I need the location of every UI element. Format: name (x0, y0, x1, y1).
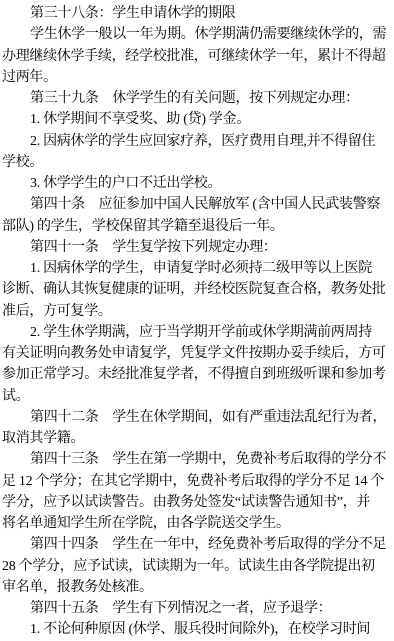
text-line: 第三十九条 休学学生的有关问题，按下列规定办理： (2, 88, 391, 109)
text-line: 第四十五条 学生有下列情况之一者，应予退学： (2, 598, 391, 619)
text-line: 办理继续休学手续，经学校批准，可继续休学一年，累计不得超 (2, 46, 391, 67)
text-line: 第四十四条 学生在一年中，经免费补考后取得的学分不足 (2, 534, 391, 555)
text-line: 第四十条 应征参加中国人民解放军 (含中国人民武装警察 (2, 194, 391, 215)
text-line: 审名单，报教务处核准。 (2, 577, 391, 598)
text-line: 过两年。 (2, 67, 391, 88)
document-page: 第三十八条：学生申请休学的期限学生休学一般以一年为期。休学期满仍需要继续休学的，… (0, 0, 394, 641)
text-line: 准后，方可复学。 (2, 301, 391, 322)
text-line: 学校。 (2, 152, 391, 173)
text-line: 试。 (2, 386, 391, 407)
text-line: 足 12 个学分；在其它学期中，免费补考后取得的学分不足 14 个 (2, 471, 391, 492)
text-line: 2. 学生休学期满，应于当学期开学前或休学期满前两周持 (2, 322, 391, 343)
text-line: 2. 因病休学的学生应回家疗养，医疗费用自理,并不得留住 (2, 131, 391, 152)
text-line: 将名单通知学生所在学院，由各学院送交学生。 (2, 513, 391, 534)
text-line: 学分，应予以试读警告。由教务处签发“试读警告通知书”，并 (2, 492, 391, 513)
text-line: 1. 休学期间不享受奖、助 (贷) 学金。 (2, 109, 391, 130)
text-line: 部队) 的学生，学校保留其学籍至退役后一年。 (2, 216, 391, 237)
text-line: 参加正常学习。未经批准复学者，不得擅自到班级听课和参加考 (2, 364, 391, 385)
text-line: 28 个学分，应予试读，试读期为一年。试读生由各学院提出初 (2, 556, 391, 577)
text-line: 学生休学一般以一年为期。休学期满仍需要继续休学的，需 (2, 24, 391, 45)
text-line: 有关证明向教务处申请复学，凭复学文件按期办妥手续后，方可 (2, 343, 391, 364)
text-line: 第四十二条 学生在休学期间，如有严重违法乱纪行为者， (2, 407, 391, 428)
text-line: 第四十三条 学生在第一学期中，免费补考后取得的学分不 (2, 449, 391, 470)
document-text: 第三十八条：学生申请休学的期限学生休学一般以一年为期。休学期满仍需要继续休学的，… (2, 3, 391, 641)
text-line: 1. 不论何种原因 (休学、服兵役时间除外)，在校学习时间 (2, 619, 391, 640)
text-line: 诊断、确认其恢复健康的证明，并经校医院复查合格，教务处批 (2, 279, 391, 300)
text-line: 3. 休学学生的户口不迁出学校。 (2, 173, 391, 194)
text-line: 第三十八条：学生申请休学的期限 (2, 3, 391, 24)
text-line: 第四十一条 学生复学按下列规定办理： (2, 237, 391, 258)
text-line: 1. 因病休学的学生，申请复学时必须持二级甲等以上医院 (2, 258, 391, 279)
text-line: 取消其学籍。 (2, 428, 391, 449)
